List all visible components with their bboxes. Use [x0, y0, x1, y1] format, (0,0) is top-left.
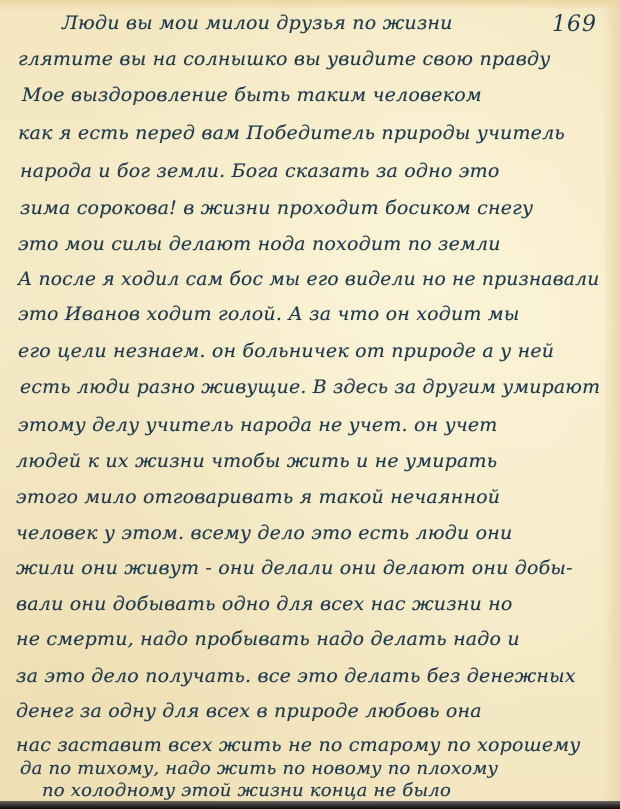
- handwritten-line: Люди вы мои милои друзья по жизни: [62, 12, 453, 34]
- handwritten-line: за это дело получать. все это делать без…: [16, 665, 576, 687]
- handwritten-line: человек у этом. всему дело это есть люди…: [16, 522, 512, 544]
- handwritten-line: Мое выздоровление быть таким человеком: [22, 84, 482, 106]
- handwritten-line: не смерти, надо пробывать надо делать на…: [16, 628, 520, 650]
- handwritten-line: денег за одну для всех в природе любовь …: [16, 700, 482, 722]
- handwritten-line: вали они добывать одно для всех нас жизн…: [16, 593, 513, 615]
- manuscript-page: 169 Люди вы мои милои друзья по жизни гл…: [0, 0, 620, 809]
- handwritten-line: зима сорокова! в жизни проходит босиком …: [20, 197, 533, 219]
- handwritten-line: как я есть перед вам Победитель природы …: [18, 122, 565, 144]
- handwritten-line: глятите вы на солнышко вы увидите свою п…: [18, 48, 551, 70]
- page-bottom-shadow: [0, 801, 620, 809]
- handwritten-line: народа и бог земли. Бога сказать за одно…: [20, 160, 499, 182]
- handwritten-line: его цели незнаем. он больничек от природ…: [18, 340, 554, 362]
- handwritten-line: это Иванов ходит голой. А за что он ходи…: [18, 303, 520, 325]
- handwritten-line: нас заставит всех жить не по старому по …: [16, 734, 581, 756]
- page-number: 169: [552, 12, 597, 37]
- handwritten-line: это мои силы делают нода походит по земл…: [18, 233, 501, 255]
- handwritten-line: этому делу учитель народа не учет. он уч…: [18, 414, 498, 436]
- handwritten-line: А после я ходил сам бос мы его видели но…: [18, 268, 599, 290]
- handwritten-line: этого мило отговаривать я такой нечаянно…: [16, 486, 500, 508]
- handwritten-line: да по тихому, надо жить по новому по пло…: [20, 758, 498, 779]
- paper-right-edge: [602, 0, 620, 809]
- handwritten-line: людей к их жизни чтобы жить и не умирать: [16, 450, 497, 472]
- handwritten-line: по холодному этой жизни конца не было: [42, 780, 451, 801]
- paper-top-edge: [0, 0, 620, 10]
- handwritten-line: жили они живут - они делали они делают о…: [16, 557, 573, 579]
- handwritten-line: есть люди разно живущие. В здесь за друг…: [20, 376, 600, 398]
